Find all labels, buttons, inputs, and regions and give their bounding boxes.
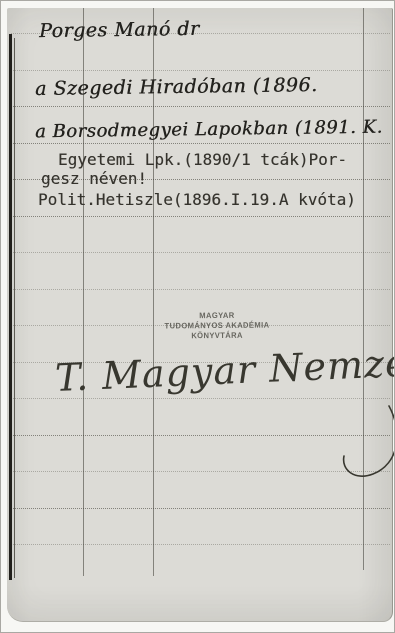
- ruled-line: [11, 544, 390, 545]
- handwritten-note-1: a Szegedi Hiradóban (1896.: [35, 74, 318, 100]
- handwritten-note-2: a Borsodmegyei Lapokban (1891. K.: [35, 117, 383, 143]
- card-left-edge: [9, 34, 12, 580]
- typewritten-line-2: gesz néven!: [41, 169, 147, 188]
- scanned-card-image: Porges Manó dr a Szegedi Hiradóban (1896…: [0, 0, 395, 633]
- stamp-line-3: KÖNYVTÁRA: [160, 330, 274, 341]
- catalog-card: Porges Manó dr a Szegedi Hiradóban (1896…: [7, 8, 393, 622]
- ruled-line: [11, 289, 390, 290]
- ruled-line: [11, 508, 390, 509]
- handwritten-name: Porges Manó dr: [39, 18, 200, 42]
- ruled-line: [11, 216, 390, 217]
- ruled-line: [11, 252, 390, 253]
- typewritten-line-1: Egyetemi Lpk.(1890/1 tcák)Por-: [58, 150, 347, 169]
- stamp-line-2: TUDOMÁNYOS AKADÉMIA: [160, 320, 274, 331]
- ruled-line: [11, 143, 390, 144]
- typewritten-line-3: Polit.Hetiszle(1896.I.19.A kvóta): [38, 190, 356, 209]
- cursive-title: T. Magyar Nemzeti Mú: [54, 336, 395, 400]
- card-left-edge-inner: [14, 38, 15, 578]
- ruled-line: [11, 106, 390, 107]
- ruled-line: [11, 70, 390, 71]
- library-stamp: MAGYAR TUDOMÁNYOS AKADÉMIA KÖNYVTÁRA: [160, 310, 274, 341]
- pen-flourish-stroke: [329, 404, 395, 492]
